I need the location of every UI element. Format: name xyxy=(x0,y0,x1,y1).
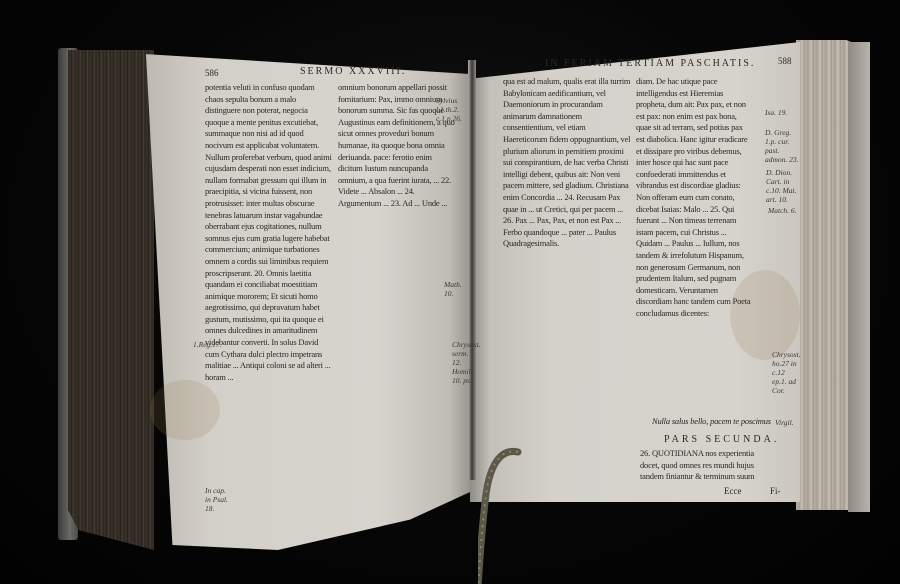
right-marginal-note: Chrysost. ho.27 in c.12 ep.1. ad Cor. xyxy=(772,350,800,395)
right-marginal-note: D. Dion. Cart. in c.10. Mat. art. 10. xyxy=(766,168,798,204)
right-running-head: IN FERIAM TERTIAM PASCHATIS. xyxy=(545,58,755,69)
signature-mark: Fi- xyxy=(770,486,781,496)
left-page-block xyxy=(68,50,154,550)
left-marginal-note: Chrysost. serm. 12. Homil. 10. ps. xyxy=(452,340,474,385)
bookmark-ribbon xyxy=(478,446,538,584)
section-title: PARS SECUNDA. xyxy=(664,434,779,445)
right-page-column-1: qua est ad malum, qualis erat illa turri… xyxy=(503,76,631,456)
left-running-head: SERMO XXXVIII. xyxy=(300,66,406,77)
right-marginal-note: Match. 6. xyxy=(768,206,798,215)
right-book-cover xyxy=(848,42,870,512)
left-page-column-2: omnium bonorum appellari possit fomitari… xyxy=(338,82,458,462)
left-page-column-1: potentia veluti in confuso quodam chaos … xyxy=(205,82,333,472)
left-marginal-note: Sylvius l.1.th.2. c.1.p.26. xyxy=(436,96,470,123)
left-marginal-note: 1.Reg.17. xyxy=(193,340,223,349)
right-page-number: 588 xyxy=(778,56,792,66)
right-page-column-2: diam. De hac utique pace intelligendus e… xyxy=(636,76,751,406)
right-marginal-note: Isa. 19. xyxy=(765,108,797,117)
quote-attribution: Virgil. xyxy=(775,418,794,427)
right-marginal-note: D. Greg. 1.p. cur. past. admon. 23. xyxy=(765,128,799,164)
left-marginal-note: Math. 10. xyxy=(444,280,470,298)
catchword: Ecce xyxy=(724,486,741,496)
left-page-number: 586 xyxy=(205,68,219,78)
book-gutter xyxy=(468,60,476,480)
left-marginal-note: In cap. in Psal. 18. xyxy=(205,486,231,513)
section-opening: 26. QUOTIDIANA nos experientia docet, qu… xyxy=(640,448,765,484)
virgil-quote: Nulla salus bello, pacem te poscimus omn… xyxy=(652,416,792,428)
